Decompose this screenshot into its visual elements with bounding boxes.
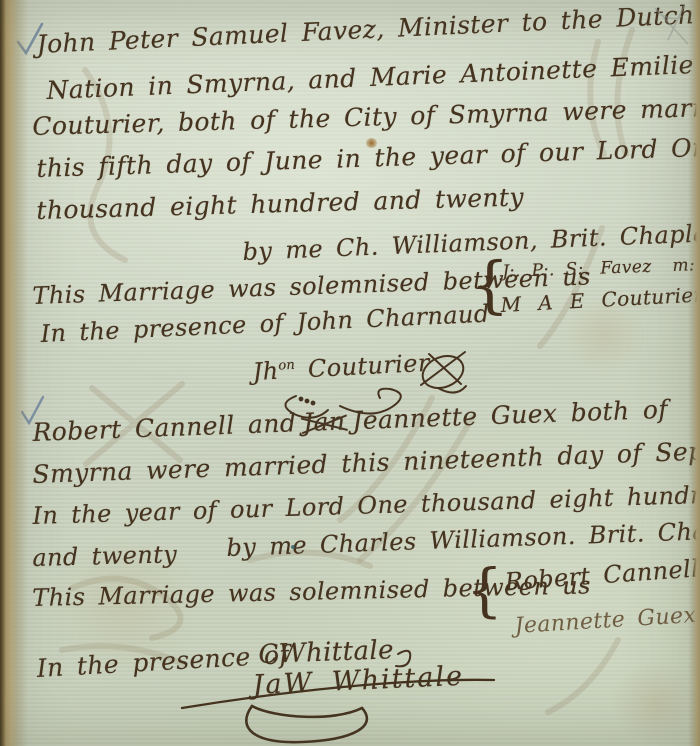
record2-brace: {	[466, 556, 503, 624]
groom-signature-name: J:. P:. S:. Favez	[502, 257, 652, 282]
record2-line1: Robert Cannell andJanJeannette Guex both…	[32, 395, 668, 447]
show-through-stroke	[548, 640, 618, 712]
marriage-register-scan: John Peter Samuel Favez, Minister to the…	[0, 0, 700, 746]
witness-signature-name: Couturier	[307, 349, 430, 383]
page-edge-right	[688, 0, 700, 746]
record2-struck-word: Jan	[303, 407, 346, 438]
witness-signature-initial: Jh	[252, 357, 279, 386]
record1-line1: John Peter Samuel Favez, Minister to the…	[36, 0, 695, 59]
record1-groom-signature: J:. P:. S:. Favez m:.	[502, 255, 700, 282]
record2-bride-signature: Jeannette Guex	[514, 603, 697, 639]
book-binding-edge	[0, 0, 28, 746]
record2-officiant-line: by me Charles Williamson. Brit. Chaplain…	[226, 515, 700, 562]
record1-line5: thousand eight hundred and twenty	[36, 182, 524, 225]
record1-line4: this fifth day of June in the year of ou…	[36, 132, 700, 183]
record2-line4-start: and twenty	[32, 540, 177, 572]
witness-signature-superscript: on	[278, 358, 295, 374]
foxing-stain	[610, 660, 700, 746]
record2-groom-signature: Robert Cannell	[504, 554, 700, 596]
record2-line1-end: Jeannette Guex both of	[352, 395, 669, 436]
record1-witness-signature: Jhon Couturier	[252, 349, 430, 386]
record2-line1-start: Robert Cannell and	[32, 408, 297, 447]
bowl-flourish	[246, 706, 367, 742]
